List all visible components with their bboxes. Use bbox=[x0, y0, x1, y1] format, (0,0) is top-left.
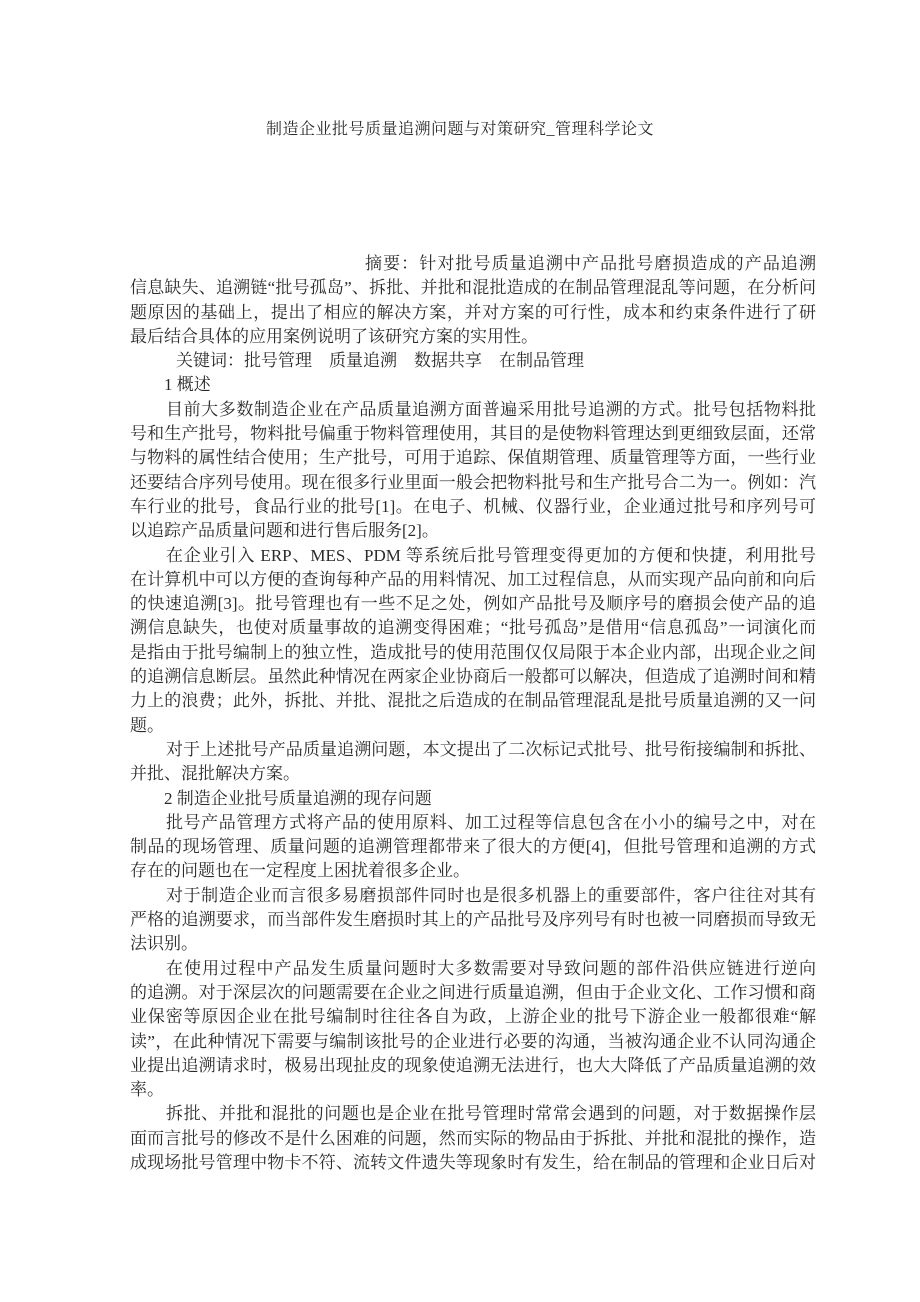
document-line: 并批、混批解决方案。 bbox=[130, 762, 816, 786]
document-line: 批号产品管理方式将产品的使用原料、加工过程等信息包含在小小的编号之中，对在 bbox=[130, 811, 816, 835]
document-line: 最后结合具体的应用案例说明了该研究方案的实用性。 bbox=[130, 325, 816, 349]
document-line: 的追溯。对于深层次的问题需要在企业之间进行质量追溯，但由于企业文化、工作习惯和商 bbox=[130, 981, 816, 1005]
document-line: 成现场批号管理中物卡不符、流转文件遗失等现象时有发生，给在制品的管理和企业日后对 bbox=[130, 1151, 816, 1175]
document-line: 在企业引入 ERP、MES、PDM 等系统后批号管理变得更加的方便和快捷，利用批… bbox=[130, 544, 816, 568]
document-line: 率。 bbox=[130, 1078, 816, 1102]
document-line: 拆批、并批和混批的问题也是企业在批号管理时常常会遇到的问题，对于数据操作层 bbox=[130, 1102, 816, 1126]
document-line: 严格的追溯要求，而当部件发生磨损时其上的产品批号及序列号有时也被一同磨损而导致无 bbox=[130, 908, 816, 932]
document-line: 法识别。 bbox=[130, 932, 816, 956]
document-line: 存在的问题也在一定程度上困扰着很多企业。 bbox=[130, 859, 816, 883]
document-body: 摘要：针对批号质量追溯中产品批号磨损造成的产品追溯信息缺失、追溯链“批号孤岛”、… bbox=[130, 252, 816, 1175]
document-line: 信息缺失、追溯链“批号孤岛”、拆批、并批和混批造成的在制品管理混乱等问题，在分析… bbox=[130, 276, 816, 300]
document-line: 溯信息缺失，也使对质量事故的追溯变得困难；“批号孤岛”是借用“信息孤岛”一词演化… bbox=[130, 616, 816, 640]
document-line: 的追溯信息断层。虽然此种情况在两家企业协商后一般都可以解决，但造成了追溯时间和精 bbox=[130, 665, 816, 689]
document-line: 题原因的基础上，提出了相应的解决方案，并对方案的可行性，成本和约束条件进行了研究… bbox=[130, 301, 816, 325]
document-line: 摘要：针对批号质量追溯中产品批号磨损造成的产品追溯 bbox=[130, 252, 816, 276]
document-line: 还要结合序列号使用。现在很多行业里面一般会把物料批号和生产批号合二为一。例如：汽 bbox=[130, 471, 816, 495]
document-line: 面而言批号的修改不是什么困难的问题，然而实际的物品由于拆批、并批和混批的操作，造 bbox=[130, 1127, 816, 1151]
document-line: 与物料的属性结合使用；生产批号，可用于追踪、保值期管理、质量管理等方面，一些行业 bbox=[130, 446, 816, 470]
document-line: 在计算机中可以方便的查询每种产品的用料情况、加工过程信息，从而实现产品向前和向后 bbox=[130, 568, 816, 592]
document-line: 的快速追溯[3]。批号管理也有一些不足之处，例如产品批号及顺序号的磨损会使产品的… bbox=[130, 592, 816, 616]
document-line: 题。 bbox=[130, 714, 816, 738]
document-line: 关键词：批号管理 质量追溯 数据共享 在制品管理 bbox=[130, 349, 816, 373]
document-line: 力上的浪费；此外，拆批、并批、混批之后造成的在制品管理混乱是批号质量追溯的又一问 bbox=[130, 689, 816, 713]
document-line: 2 制造企业批号质量追溯的现存问题 bbox=[130, 787, 816, 811]
document-title: 制造企业批号质量追溯问题与对策研究_管理科学论文 bbox=[0, 116, 920, 139]
document-line: 号和生产批号，物料批号偏重于物料管理使用，其目的是使物料管理达到更细致层面，还常 bbox=[130, 422, 816, 446]
document-line: 业保密等原因企业在批号编制时往往各自为政，上游企业的批号下游企业一般都很难“解 bbox=[130, 1005, 816, 1029]
document-line: 对于制造企业而言很多易磨损部件同时也是很多机器上的重要部件，客户往往对其有 bbox=[130, 884, 816, 908]
document-line: 在使用过程中产品发生质量问题时大多数需要对导致问题的部件沿供应链进行逆向 bbox=[130, 957, 816, 981]
document-line: 1 概述 bbox=[130, 373, 816, 397]
document-line: 是指由于批号编制上的独立性，造成批号的使用范围仅仅局限于本企业内部，出现企业之间 bbox=[130, 641, 816, 665]
document-line: 对于上述批号产品质量追溯问题，本文提出了二次标记式批号、批号衔接编制和拆批、 bbox=[130, 738, 816, 762]
document-line: 读”，在此种情况下需要与编制该批号的企业进行必要的沟通，当被沟通企业不认同沟通企 bbox=[130, 1030, 816, 1054]
document-line: 业提出追溯请求时，极易出现扯皮的现象使追溯无法进行，也大大降低了产品质量追溯的效 bbox=[130, 1054, 816, 1078]
document-line: 目前大多数制造企业在产品质量追溯方面普遍采用批号追溯的方式。批号包括物料批 bbox=[130, 398, 816, 422]
document-line: 以追踪产品质量问题和进行售后服务[2]。 bbox=[130, 519, 816, 543]
document-line: 车行业的批号，食品行业的批号[1]。在电子、机械、仪器行业，企业通过批号和序列号… bbox=[130, 495, 816, 519]
document-line: 制品的现场管理、质量问题的追溯管理都带来了很大的方便[4]，但批号管理和追溯的方… bbox=[130, 835, 816, 859]
